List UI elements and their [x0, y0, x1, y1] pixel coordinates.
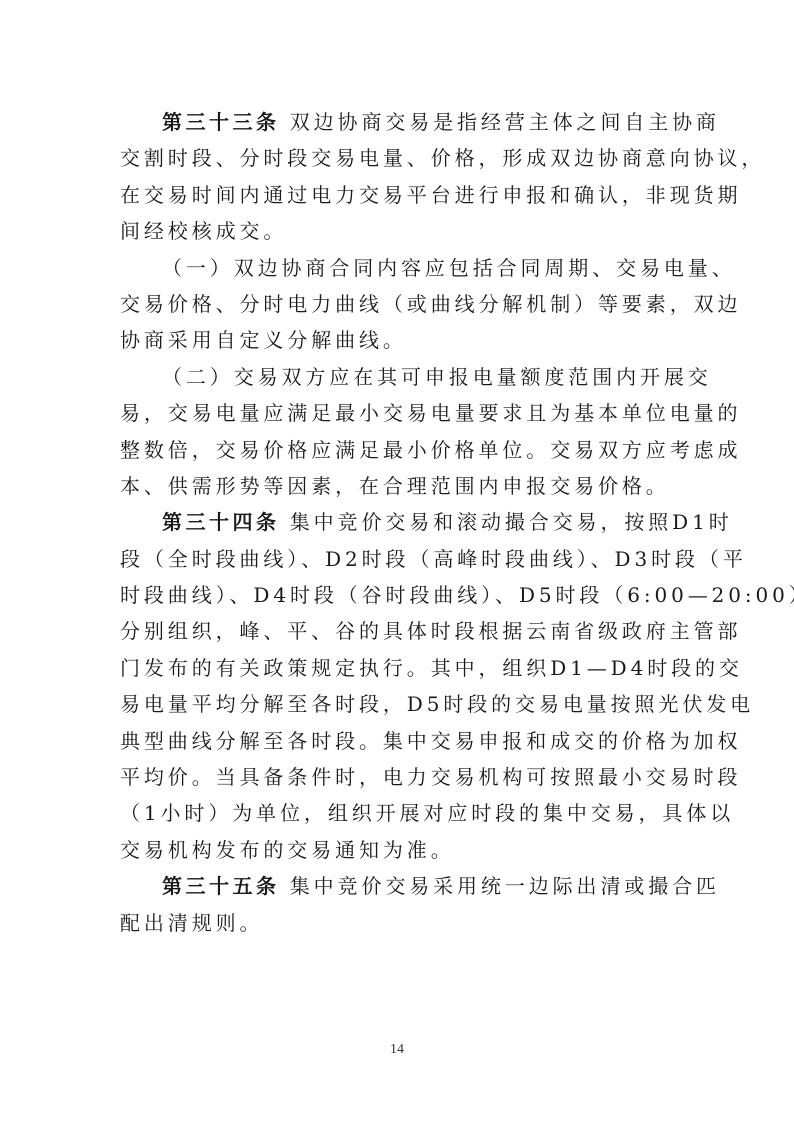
article-34: 第三十四条 集中竞价交易和滚动撮合交易，按照D1时 段（全时段曲线）、D2时段（… — [120, 504, 675, 868]
text-line: 典型曲线分解至各时段。集中交易申报和成交的价格为加权 — [120, 723, 675, 759]
clause-1: （一）双边协商合同内容应包括合同周期、交易电量、 交易价格、分时电力曲线（或曲线… — [120, 250, 675, 359]
text-span: 双边协商交易是指经营主体之间自主协商 — [280, 110, 720, 134]
text-line: 配出清规则。 — [120, 905, 675, 941]
text-line: 整数倍，交易价格应满足最小价格单位。交易双方应考虑成 — [120, 432, 675, 468]
article-33: 第三十三条 双边协商交易是指经营主体之间自主协商 交割时段、分时段交易电量、价格… — [120, 104, 675, 250]
article-label: 第三十五条 — [162, 874, 280, 898]
text-line: 协商采用自定义分解曲线。 — [120, 322, 675, 358]
text-line: 第三十三条 双边协商交易是指经营主体之间自主协商 — [120, 104, 675, 140]
text-line: 分别组织，峰、平、谷的具体时段根据云南省级政府主管部 — [120, 613, 675, 649]
text-line: 第三十五条 集中竞价交易采用统一边际出清或撮合匹 — [120, 868, 675, 904]
text-line: 门发布的有关政策规定执行。其中，组织D1—D4时段的交 — [120, 650, 675, 686]
text-line: 交易价格、分时电力曲线（或曲线分解机制）等要素，双边 — [120, 286, 675, 322]
text-span: 集中竞价交易采用统一边际出清或撮合匹 — [280, 874, 720, 898]
text-line: 段（全时段曲线）、D2时段（高峰时段曲线）、D3时段（平 — [120, 541, 675, 577]
text-line: 第三十四条 集中竞价交易和滚动撮合交易，按照D1时 — [120, 504, 675, 540]
article-label: 第三十三条 — [162, 110, 280, 134]
text-line: 本、供需形势等因素，在合理范围内申报交易价格。 — [120, 468, 675, 504]
text-line: 易电量平均分解至各时段，D5时段的交易电量按照光伏发电 — [120, 686, 675, 722]
text-line: 在交易时间内通过电力交易平台进行申报和确认，非现货期 — [120, 177, 675, 213]
text-span: 集中竞价交易和滚动撮合交易，按照D1时 — [280, 510, 733, 534]
text-line: （一）双边协商合同内容应包括合同周期、交易电量、 — [120, 250, 675, 286]
text-line: 时段曲线）、D4时段（谷时段曲线）、D5时段（6:00—20:00） — [120, 577, 675, 613]
document-page: 第三十三条 双边协商交易是指经营主体之间自主协商 交割时段、分时段交易电量、价格… — [120, 104, 675, 941]
article-35: 第三十五条 集中竞价交易采用统一边际出清或撮合匹 配出清规则。 — [120, 868, 675, 941]
text-line: （1小时）为单位，组织开展对应时段的集中交易，具体以 — [120, 795, 675, 831]
article-label: 第三十四条 — [162, 510, 280, 534]
text-line: （二）交易双方应在其可申报电量额度范围内开展交 — [120, 359, 675, 395]
text-line: 交割时段、分时段交易电量、价格，形成双边协商意向协议， — [120, 140, 675, 176]
clause-2: （二）交易双方应在其可申报电量额度范围内开展交 易，交易电量应满足最小交易电量要… — [120, 359, 675, 505]
page-number: 14 — [0, 1042, 794, 1058]
text-line: 间经校核成交。 — [120, 213, 675, 249]
text-line: 交易机构发布的交易通知为准。 — [120, 832, 675, 868]
text-line: 平均价。当具备条件时，电力交易机构可按照最小交易时段 — [120, 759, 675, 795]
text-line: 易，交易电量应满足最小交易电量要求且为基本单位电量的 — [120, 395, 675, 431]
